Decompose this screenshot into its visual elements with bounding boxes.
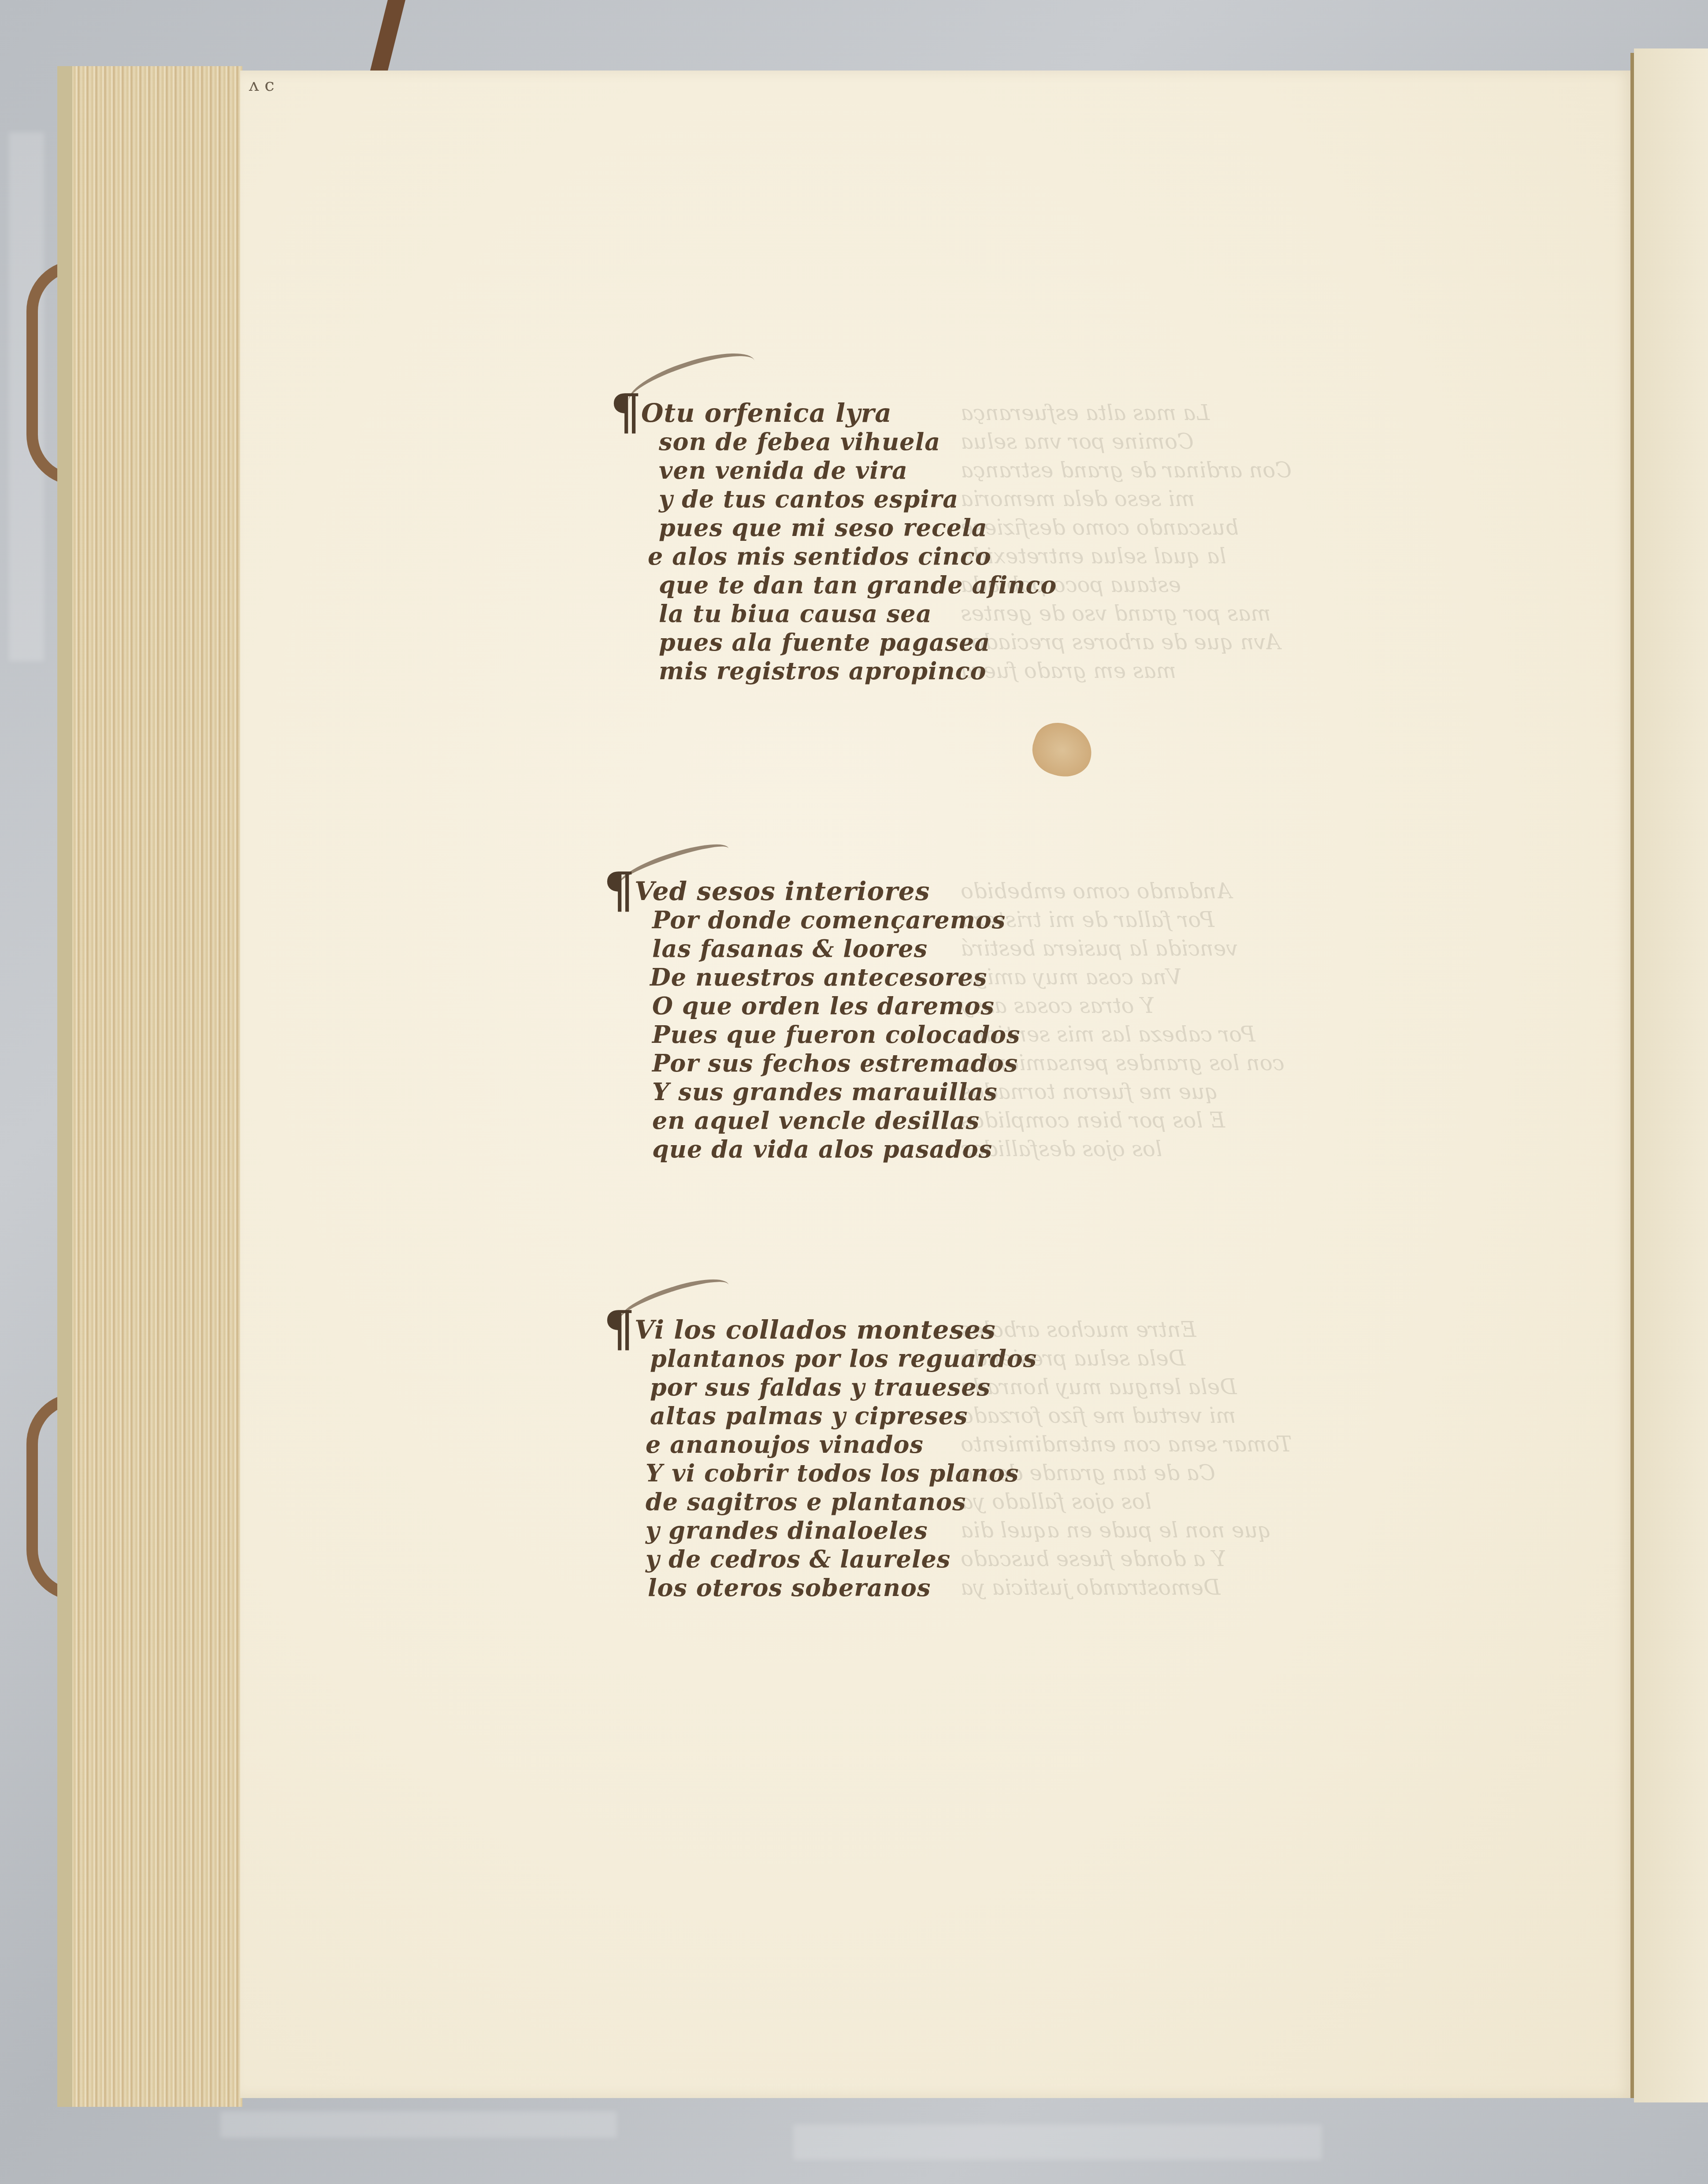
verse-line: los oteros soberanos — [648, 1574, 931, 1602]
show-through-line: Vna cosa muy amigo — [961, 963, 1182, 991]
show-through-line: La mas alta esfuerança — [961, 399, 1210, 427]
show-through-line: Dela lengua muy honrada — [961, 1373, 1237, 1401]
show-through-line: los ojos fallado ya — [961, 1488, 1151, 1516]
show-through-line: E los por bien complidos — [961, 1106, 1225, 1135]
verse-line: Otu orfenica lyra — [641, 399, 892, 427]
show-through-line: Entre muchos arboles — [961, 1316, 1196, 1344]
verse-line: pues ala fuente pagasea — [659, 628, 990, 656]
verse-line: y de cedros & laureles — [646, 1545, 951, 1573]
gutter-fold — [1630, 53, 1634, 2098]
verse-line: altas palmas y cipreses — [650, 1402, 968, 1430]
paragraph-mark-icon: ¶ — [604, 1305, 635, 1353]
show-through-line: vencida la pusiera bestirá — [961, 934, 1238, 963]
verse-line: y de tus cantos espira — [659, 485, 958, 513]
facing-page-edge — [1634, 48, 1708, 2102]
verse-line: son de febea vihuela — [659, 428, 940, 456]
verse-line: mis registros apropinco — [659, 657, 987, 685]
verse-line: Y sus grandes marauillas — [652, 1078, 998, 1106]
show-through-line: Con ardinar de grand estrança — [961, 456, 1292, 484]
verse-line: de sagitros e plantanos — [646, 1488, 966, 1516]
show-through-line: mi seso dela memoria — [961, 485, 1195, 513]
verse-line: De nuestros antecesores — [650, 963, 987, 991]
verse-line: plantanos por los reguardos — [650, 1344, 1037, 1373]
show-through-line: Tomar sena con entendimiento — [961, 1430, 1292, 1458]
verse-line: Por donde començaremos — [652, 906, 1006, 934]
verse-line: la tu biua causa sea — [659, 599, 932, 628]
show-through-line: Demostrando justicia ya — [961, 1574, 1221, 1602]
verse-line: Vi los collados monteses — [635, 1316, 996, 1344]
verse-line: que da vida alos pasados — [652, 1135, 992, 1163]
verse-line: O que orden les daremos — [652, 992, 995, 1020]
verse-line: Pues que fueron colocados — [652, 1020, 1020, 1049]
tissue-background-streak — [793, 2124, 1322, 2160]
show-through-line: la qual selua entretexida — [961, 542, 1226, 570]
verse-line: e ananoujos vinados — [646, 1430, 924, 1458]
verse-line: las fasanas & loores — [652, 934, 928, 963]
show-through-line: Avn que de arbores preciados — [961, 628, 1280, 656]
page-corner-marks: ʌ c — [249, 75, 275, 95]
verse-line: pues que mi seso recela — [659, 513, 988, 542]
verse-line: Y vi cobrir todos los planos — [646, 1459, 1019, 1487]
show-through-line: buscando como desfiziese — [961, 513, 1239, 542]
verse-line: que te dan tan grande afinco — [659, 571, 1057, 599]
verse-line: en aquel vencle desillas — [652, 1106, 980, 1135]
verse-line: ven venida de vira — [659, 456, 908, 484]
paragraph-mark-icon: ¶ — [610, 388, 641, 436]
verse-line: e alos mis sentidos cinco — [648, 542, 991, 570]
show-through-line: mi vertud me fizo forzado — [961, 1402, 1236, 1430]
show-through-line: Y a donde fuese buscado — [961, 1545, 1226, 1573]
show-through-line: Comine por vna selua — [961, 428, 1194, 456]
show-through-line: Andando como embebido — [961, 877, 1232, 905]
paragraph-mark-icon: ¶ — [604, 866, 635, 915]
verse-line: Ved sesos interiores — [635, 877, 930, 905]
show-through-line: mas por grand vso de gentes — [961, 599, 1271, 628]
show-through-line: que me fueron tornados — [961, 1078, 1218, 1106]
verse-line: Por sus fechos estremados — [652, 1049, 1018, 1077]
tissue-background-streak — [220, 2111, 617, 2138]
verse-line: y grandes dinaloeles — [646, 1516, 928, 1544]
show-through-line: que non le pude en aquel dia — [961, 1516, 1271, 1544]
page-fore-edge — [57, 66, 242, 2107]
verse-line: por sus faldas y traueses — [650, 1373, 991, 1401]
leather-tie-top — [370, 0, 405, 71]
show-through-line: mas em grado fuera — [961, 657, 1176, 685]
